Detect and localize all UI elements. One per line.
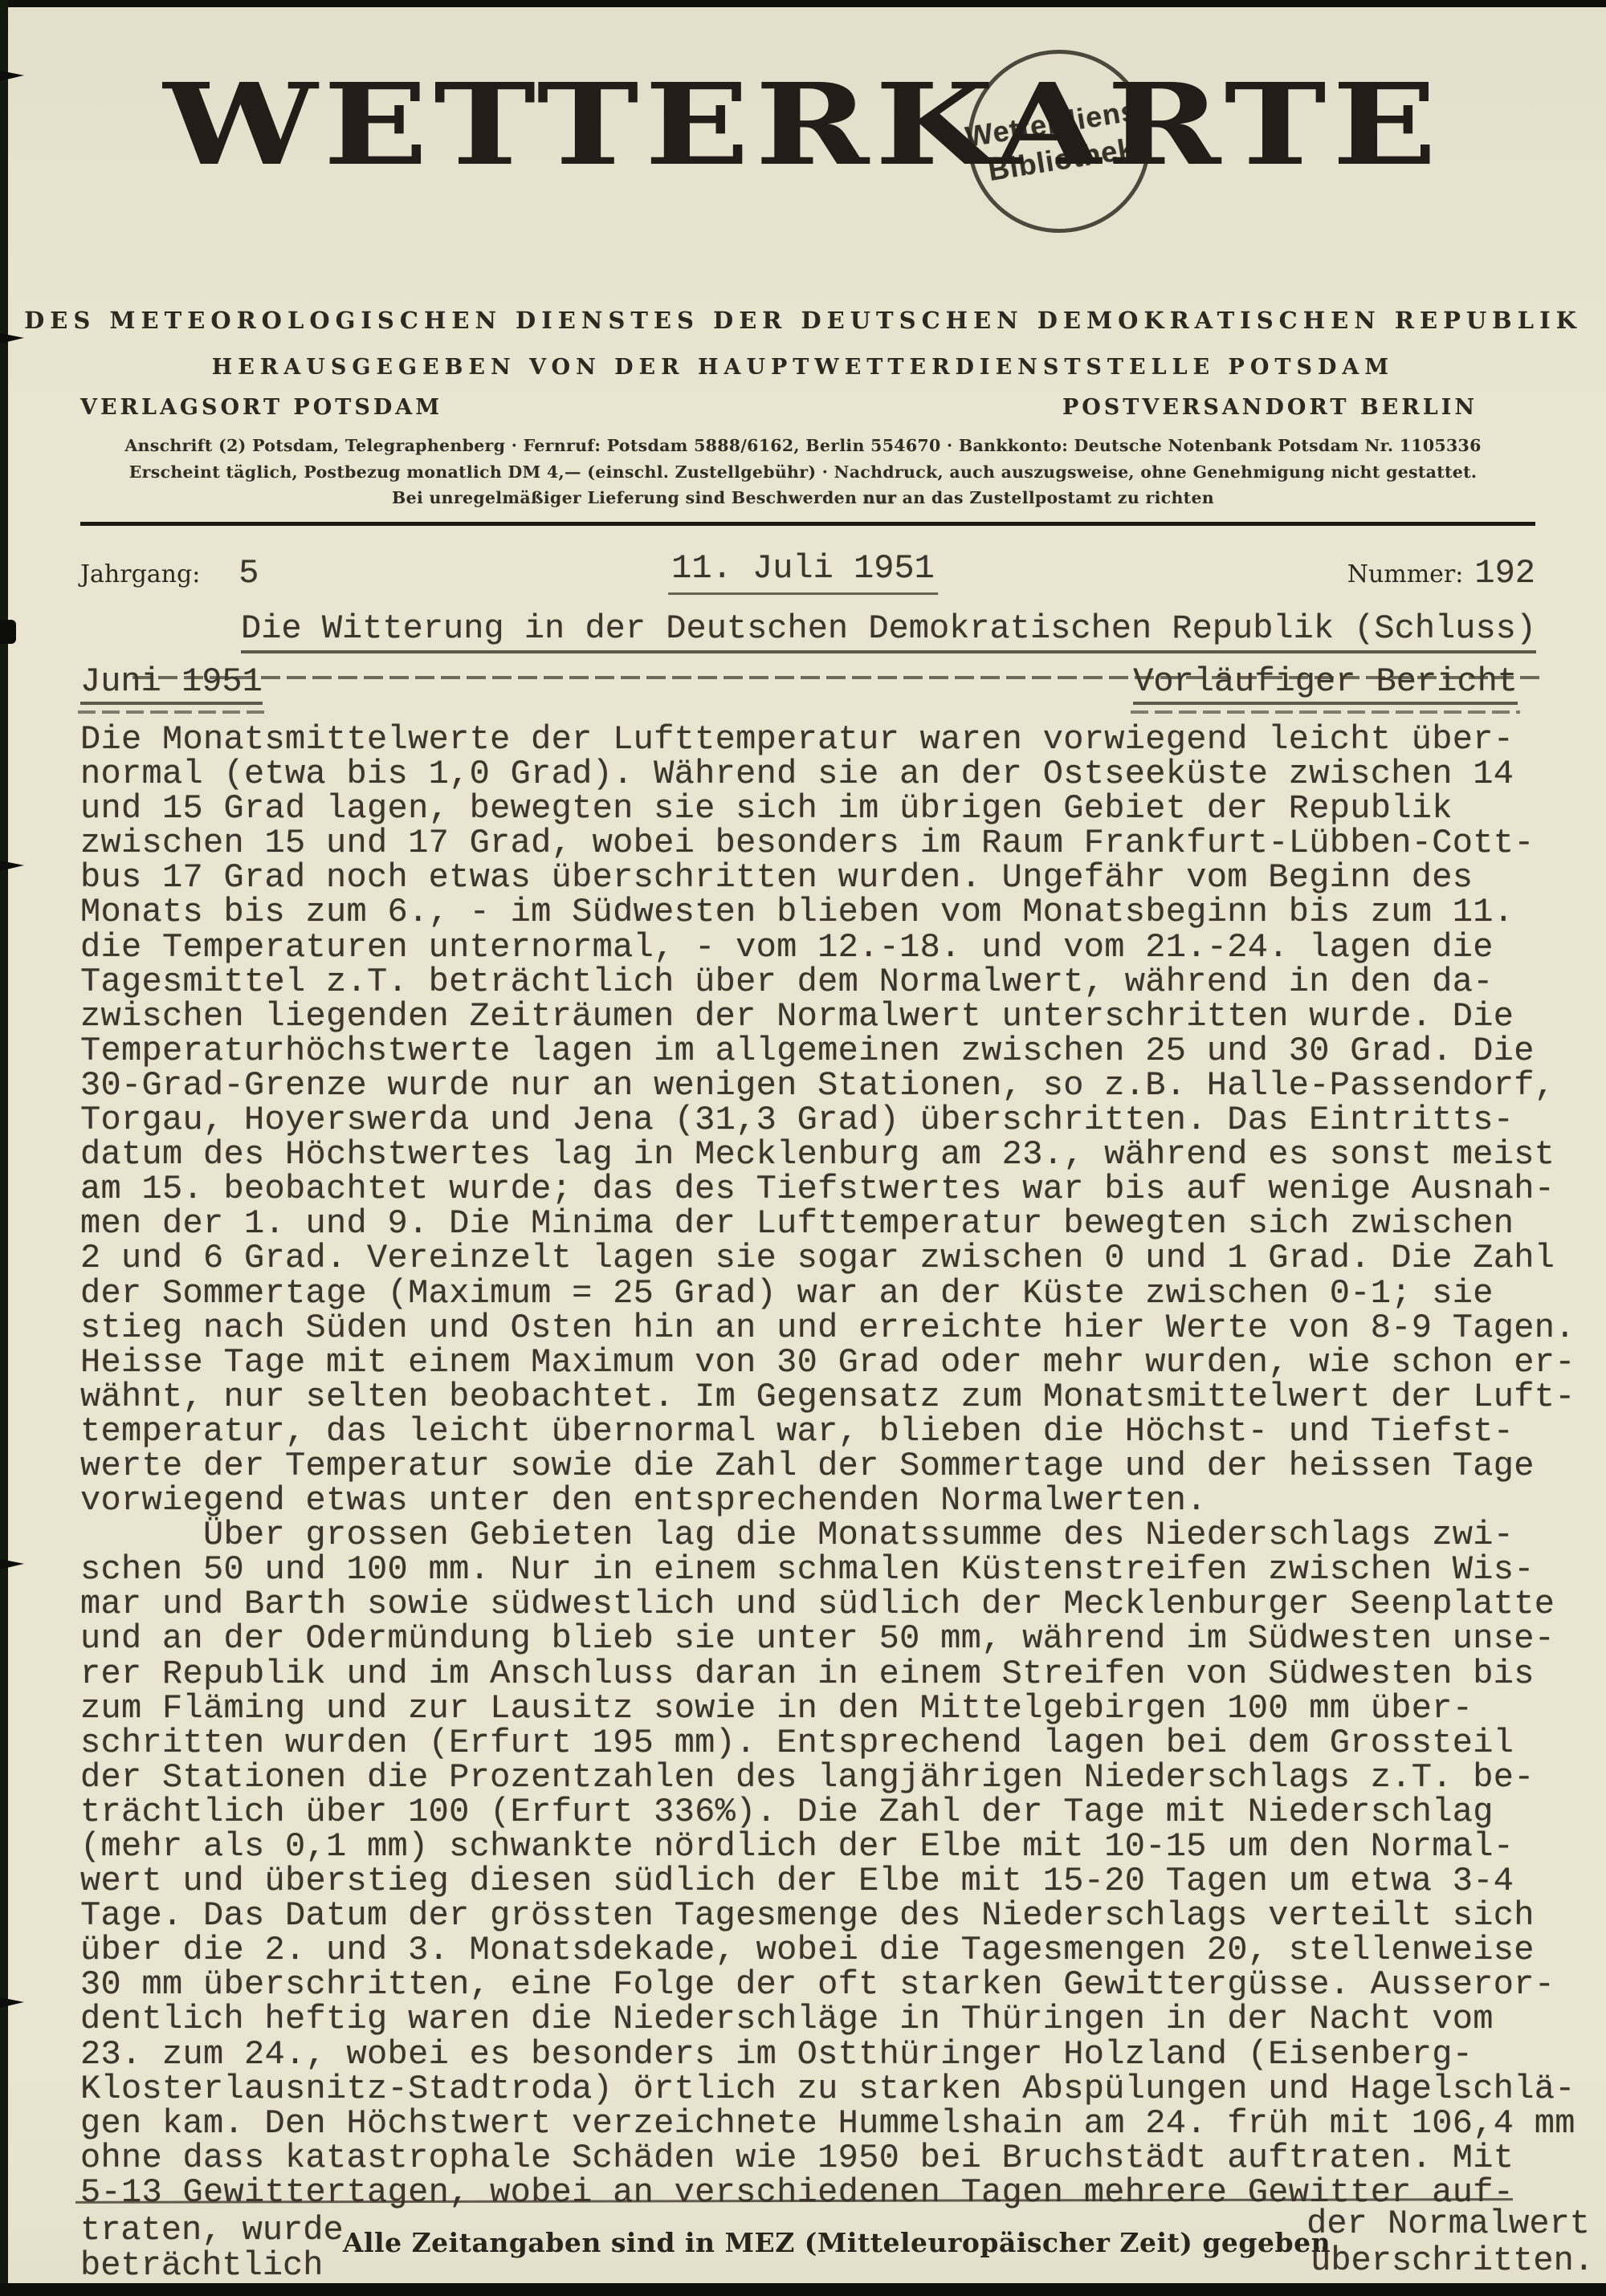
issue-date: 11. Juli 1951	[668, 549, 938, 595]
masthead-title: WETTERKARTE	[0, 69, 1606, 181]
body-line: datum des Höchstwertes lag in Mecklenbur…	[80, 1138, 1606, 1172]
scan-artifact	[0, 1559, 24, 1569]
volume-label: Jahrgang:	[80, 560, 200, 588]
imprint-line-2: Erscheint täglich, Postbezug monatlich D…	[0, 462, 1606, 482]
body-line: wähnt, nur selten beobachtet. Im Gegensa…	[80, 1380, 1606, 1415]
body-line: Tagesmittel z.T. beträchtlich über dem N…	[80, 965, 1606, 999]
article-body: Die Monatsmittelwerte der Lufttemperatur…	[80, 723, 1606, 2210]
imprint-line-1: Anschrift (2) Potsdam, Telegraphenberg ·…	[0, 436, 1606, 455]
body-line: die Temperaturen unternormal, - vom 12.-…	[80, 930, 1606, 965]
body-line: zwischen liegenden Zeiträumen der Normal…	[80, 999, 1606, 1034]
body-line: 23. zum 24., wobei es besonders im Ostth…	[80, 2037, 1606, 2072]
body-line: und 15 Grad lagen, bewegten sie sich im …	[80, 792, 1606, 826]
scan-edge-left	[0, 0, 8, 2296]
scan-edge-top	[0, 0, 1606, 7]
body-line: schen 50 und 100 mm. Nur in einem schmal…	[80, 1553, 1606, 1587]
body-line: vorwiegend etwas unter den entsprechende…	[80, 1484, 1606, 1518]
body-line: (mehr als 0,1 mm) schwankte nördlich der…	[80, 1830, 1606, 1864]
body-line: Klosterlausnitz-Stadtroda) örtlich zu st…	[80, 2072, 1606, 2107]
body-line: Heisse Tage mit einem Maximum von 30 Gra…	[80, 1345, 1606, 1380]
body-line: rer Republik und im Anschluss daran in e…	[80, 1657, 1606, 1691]
body-line: 30-Grad-Grenze wurde nur an wenigen Stat…	[80, 1069, 1606, 1103]
body-line: Die Monatsmittelwerte der Lufttemperatur…	[80, 723, 1606, 757]
body-line: werte der Temperatur sowie die Zahl der …	[80, 1449, 1606, 1484]
body-line: am 15. beobachtet wurde; das des Tiefstw…	[80, 1172, 1606, 1207]
number-label: Nummer:	[1347, 560, 1464, 588]
timezone-footer-note: Alle Zeitangaben sind in MEZ (Mitteleuro…	[34, 2227, 1606, 2258]
body-line: der Stationen die Prozentzahlen des lang…	[80, 1761, 1606, 1795]
imprint-line-3-bold: nur	[863, 488, 897, 507]
issue-volume: Jahrgang: 5	[80, 554, 259, 592]
body-line: Temperaturhöchstwerte lagen im allgemein…	[80, 1034, 1606, 1069]
issue-number: Nummer: 192	[1347, 554, 1535, 592]
body-line: bus 17 Grad noch etwas überschritten wur…	[80, 861, 1606, 895]
publisher-left: VERLAGSORT POTSDAM	[80, 395, 442, 420]
body-line: gen kam. Den Höchstwert verzeichnete Hum…	[80, 2107, 1606, 2141]
body-line: wert und überstieg diesen südlich der El…	[80, 1864, 1606, 1899]
body-line: trächtlich über 100 (Erfurt 336%). Die Z…	[80, 1795, 1606, 1830]
scan-artifact	[0, 620, 16, 644]
body-line: schritten wurden (Erfurt 195 mm). Entspr…	[80, 1726, 1606, 1761]
volume-value: 5	[238, 554, 259, 592]
body-line: Tage. Das Datum der grössten Tagesmenge …	[80, 1899, 1606, 1933]
body-line: 30 mm überschritten, eine Folge der oft …	[80, 1968, 1606, 2002]
body-line: Monats bis zum 6., - im Südwesten bliebe…	[80, 895, 1606, 930]
body-line: normal (etwa bis 1,0 Grad). Während sie …	[80, 757, 1606, 792]
publisher-right: POSTVERSANDORT BERLIN	[1062, 395, 1478, 420]
body-line: 2 und 6 Grad. Vereinzelt lagen sie sogar…	[80, 1241, 1606, 1276]
imprint-line-3: Bei unregelmäßiger Lieferung sind Beschw…	[0, 488, 1606, 507]
imprint-line-3-post: an das Zustellpostamt zu richten	[896, 488, 1214, 507]
article-ending-block: traten, wurde beträchtlich der Normalwer…	[0, 2206, 1606, 2296]
scanned-weather-report-page: Wetterdienst Bibliothek WETTERKARTE DES …	[0, 0, 1606, 2296]
body-line: zum Fläming und zur Lausitz sowie in den…	[80, 1691, 1606, 1726]
publisher-row: VERLAGSORT POTSDAM POSTVERSANDORT BERLIN	[80, 395, 1478, 420]
imprint-line-3-pre: Bei unregelmäßiger Lieferung sind Beschw…	[392, 488, 863, 507]
body-line: dentlich heftig waren die Niederschläge …	[80, 2002, 1606, 2037]
body-line: der Sommertage (Maximum = 25 Grad) war a…	[80, 1276, 1606, 1311]
article-headline: Die Witterung in der Deutschen Demokrati…	[241, 610, 1536, 653]
masthead-subtitle-1: DES METEOROLOGISCHEN DIENSTES DER DEUTSC…	[0, 307, 1606, 334]
scan-artifact	[0, 333, 24, 344]
body-line: Über grossen Gebieten lag die Monatssumm…	[80, 1518, 1606, 1553]
body-line: Torgau, Hoyerswerda und Jena (31,3 Grad)…	[80, 1103, 1606, 1138]
scan-artifact	[0, 861, 24, 871]
body-line: temperatur, das leicht übernormal war, b…	[80, 1415, 1606, 1449]
section-heading-report-type: Vorläufiger Bericht	[1133, 665, 1518, 705]
section-heading-month: Juni 1951	[80, 665, 263, 705]
scan-artifact	[0, 1997, 24, 2008]
body-line: men der 1. und 9. Die Minima der Lufttem…	[80, 1207, 1606, 1241]
body-line: ohne dass katastrophale Schäden wie 1950…	[80, 2141, 1606, 2176]
number-value: 192	[1474, 554, 1535, 592]
body-line: zwischen 15 und 17 Grad, wobei besonders…	[80, 826, 1606, 861]
masthead-divider-rule	[80, 522, 1535, 526]
body-line: stieg nach Süden und Osten hin an und er…	[80, 1311, 1606, 1345]
body-line: mar und Barth sowie südwestlich und südl…	[80, 1587, 1606, 1622]
masthead-subtitle-2: HERAUSGEGEBEN VON DER HAUPTWETTERDIENSTS…	[0, 355, 1606, 380]
body-line: über die 2. und 3. Monatsdekade, wobei d…	[80, 1933, 1606, 1968]
body-line: und an der Odermündung blieb sie unter 5…	[80, 1622, 1606, 1656]
